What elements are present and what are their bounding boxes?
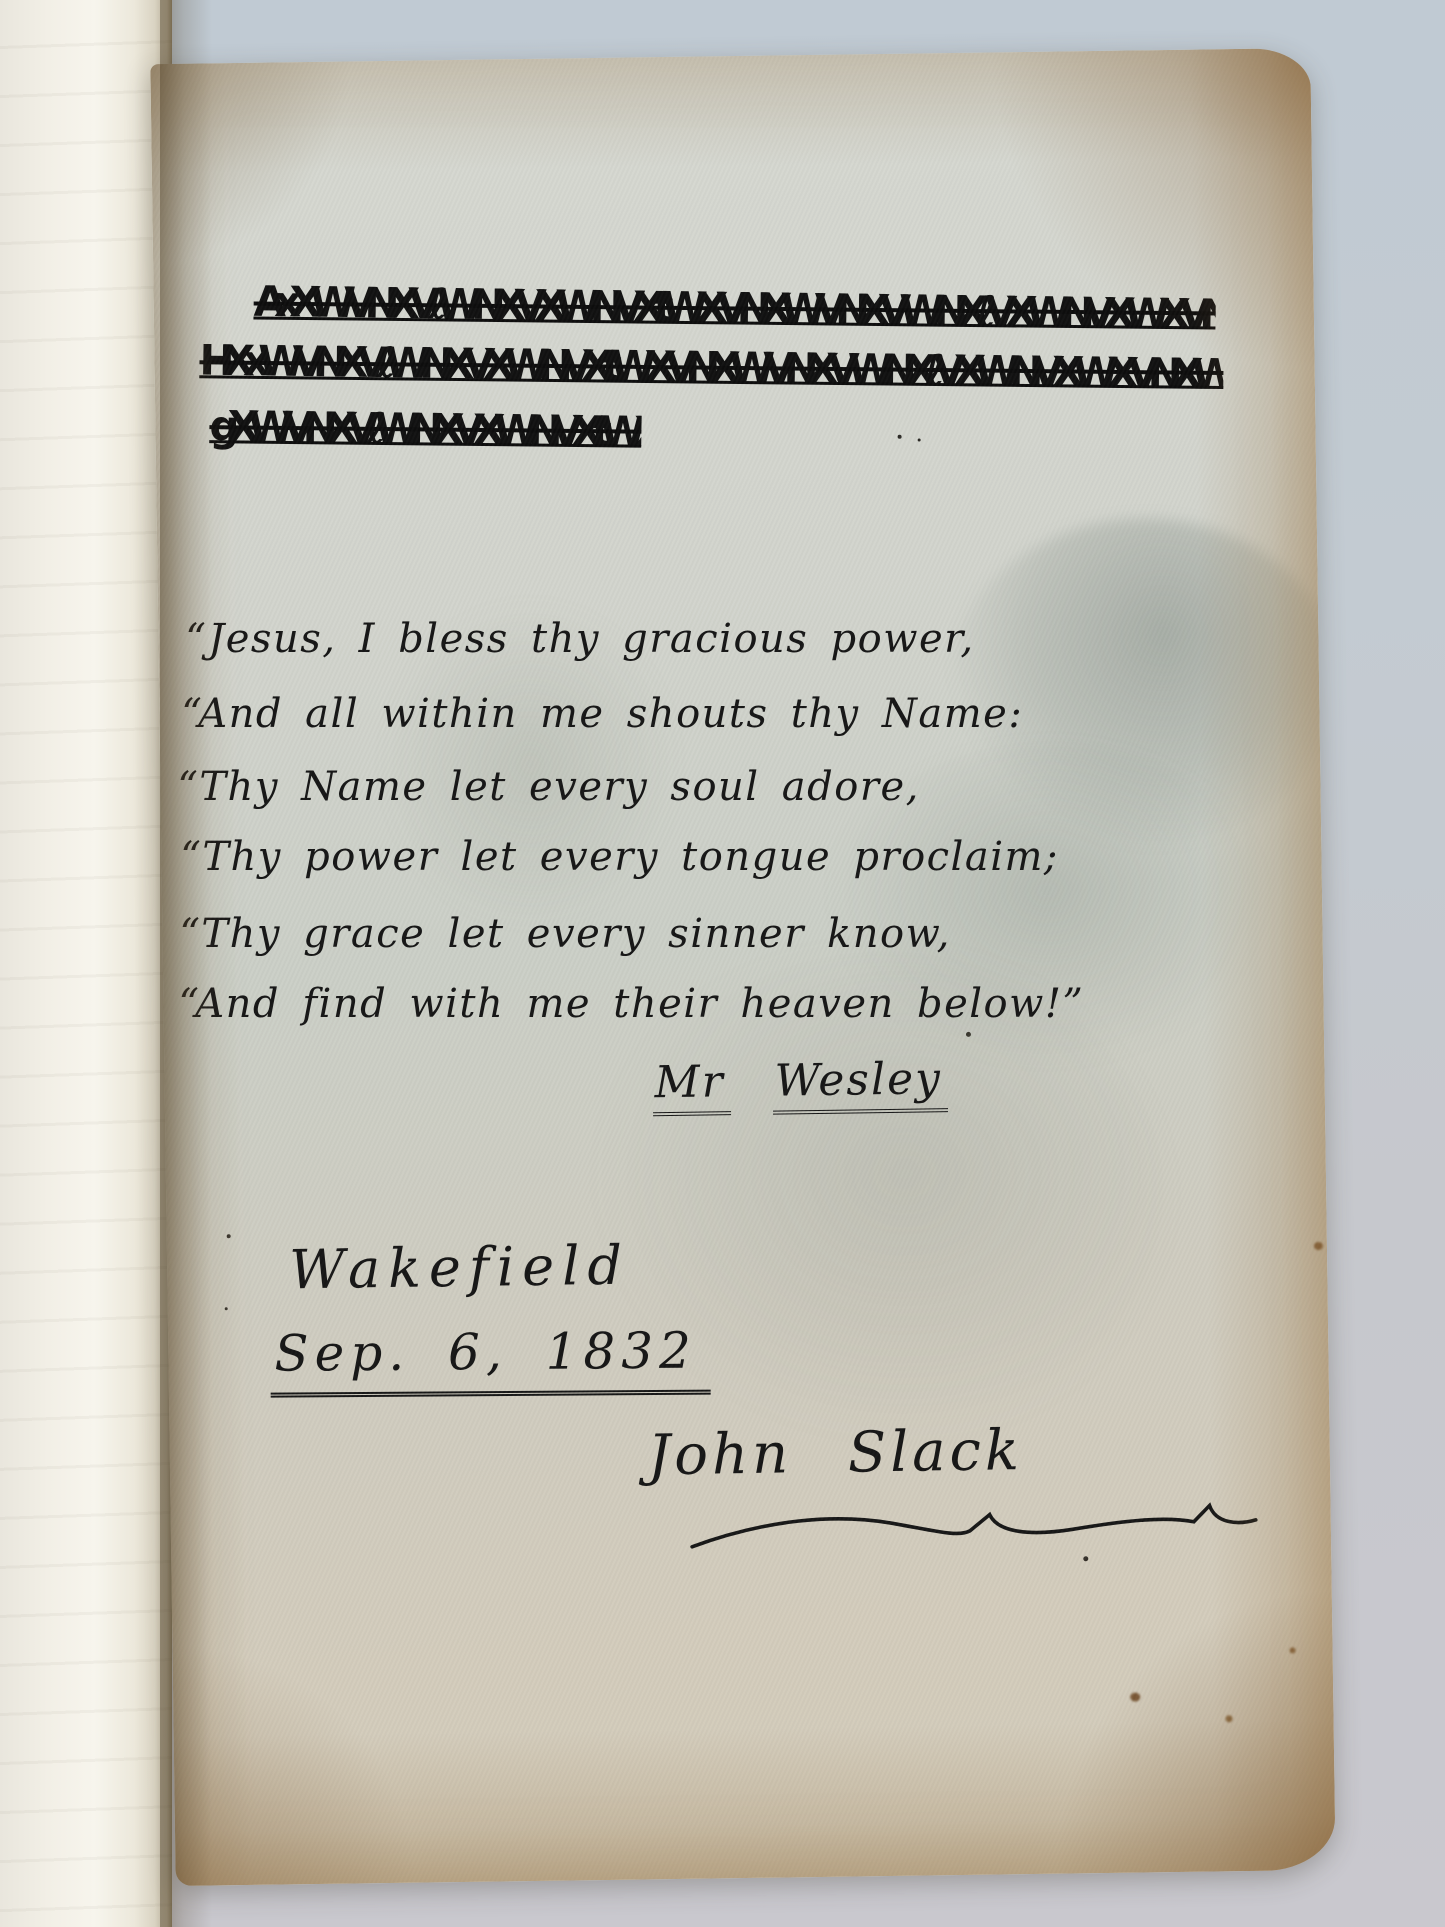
poem-line: “And all within me shouts thy Name: [181, 691, 1023, 737]
poem-line: “Jesus, I bless thy gracious power, [185, 616, 974, 662]
poem-line: “Thy Name let every soul adore, [177, 764, 919, 810]
attribution-prefix: Mr [652, 1056, 731, 1116]
ink-speck [918, 438, 921, 441]
poem-line: “Thy power let every tongue proclaim; [180, 834, 1059, 880]
manuscript-page: AxXWVNXVℓWNXVXWNVXtWXVNXWVNXVWNXℓVXWNVXW… [150, 48, 1335, 1886]
ink-smudge-stain [947, 516, 1336, 851]
ink-speck [966, 1032, 971, 1037]
struck-out-line: gXWVNXVℓWNXVXWNVXtWXVNXWVNXVWNXℓVXWNVXW [209, 399, 642, 461]
ink-speck [1083, 1556, 1088, 1561]
signature-name: John Slack [647, 1418, 1023, 1488]
attribution-name: Wesley [772, 1053, 948, 1114]
ink-speck [227, 1234, 231, 1238]
attribution-line: MrWesley [652, 1053, 948, 1116]
book-gutter-shadow [160, 0, 212, 1927]
ink-speck [225, 1307, 228, 1310]
foxing-spot [1290, 1647, 1296, 1653]
place-line: Wakefield [289, 1234, 631, 1302]
ink-speck [898, 435, 902, 439]
foxing-spot [1314, 1242, 1323, 1250]
foxing-spot [1130, 1693, 1140, 1702]
struck-out-line: HXxWVNXVℓWNXVXWNVXtWXVNXWVNXVWNXℓVXWNVXW… [199, 334, 1224, 404]
foxing-spot [1225, 1715, 1232, 1722]
poem-line: “And find with me their heaven below!” [178, 981, 1084, 1027]
facing-page-fore-edge [0, 0, 172, 1927]
signature-flourish [686, 1497, 1267, 1557]
date-line: Sep. 6, 1832 [270, 1322, 711, 1398]
poem-line: “Thy grace let every sinner know, [179, 911, 950, 957]
struck-out-line: AxXWVNXVℓWNXVXWNVXtWXVNXWVNXVWNXℓVXWNVXW… [253, 275, 1216, 344]
